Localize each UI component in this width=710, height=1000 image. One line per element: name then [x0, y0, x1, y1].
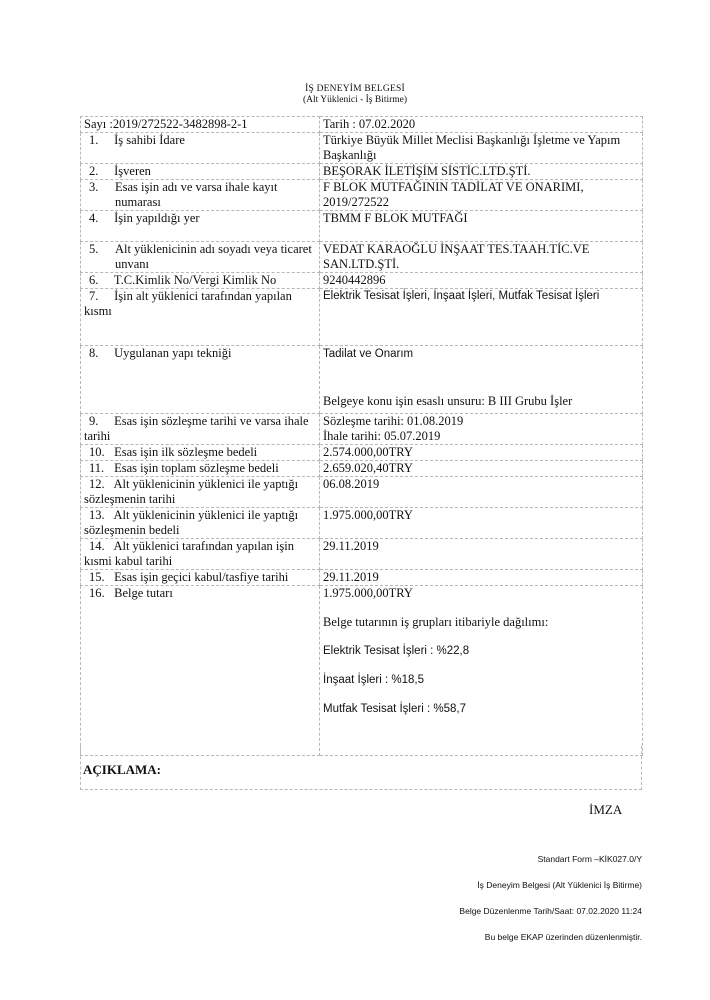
row-value: Türkiye Büyük Millet Meclisi Başkanlığı … [320, 133, 643, 164]
signature-label: İMZA [589, 802, 622, 818]
document-title: İŞ DENEYİM BELGESİ [0, 84, 710, 95]
table-row: 14. Alt yüklenici tarafından yapılan işi… [81, 539, 643, 570]
experience-certificate-table: Sayı :2019/272522-3482898-2-1 Tarih : 07… [80, 116, 643, 756]
distribution-item: Mutfak Tesisat İşleri : %58,7 [323, 702, 639, 717]
table-row: 16. Belge tutarı 1.975.000,00TRY Belge t… [81, 586, 643, 756]
row-label: Esas işin adı ve varsa ihale kayıt numar… [111, 180, 316, 210]
row-value: 1.975.000,00TRY [323, 586, 639, 601]
distribution-title: Belge tutarının iş grupları itibariyle d… [323, 615, 639, 630]
row-value: BEŞORAK İLETİŞİM SİSTİC.LTD.ŞTİ. [320, 164, 643, 180]
header-row: Sayı :2019/272522-3482898-2-1 Tarih : 07… [81, 117, 643, 133]
distribution-item: Elektrik Tesisat İşleri : %22,8 [323, 644, 639, 659]
tarih-cell: Tarih : 07.02.2020 [320, 117, 643, 133]
row-value-secondary: İhale tarihi: 05.07.2019 [323, 429, 639, 444]
table-row: 6. T.C.Kimlik No/Vergi Kimlik No 9240442… [81, 273, 643, 289]
table-row: 8. Uygulanan yapı tekniği Tadilat ve Ona… [81, 346, 643, 414]
row-value: Tadilat ve Onarım [323, 348, 413, 360]
table-row: 1. İş sahibi İdare Türkiye Büyük Millet … [81, 133, 643, 164]
row-label: Esas işin ilk sözleşme bedeli [114, 445, 257, 459]
table-row: 13. Alt yüklenicinin yüklenici ile yaptı… [81, 508, 643, 539]
sayi-cell: Sayı :2019/272522-3482898-2-1 [81, 117, 320, 133]
row-label: Esas işin sözleşme tarihi ve varsa ihale… [84, 414, 309, 443]
row-label: Alt yüklenicinin yüklenici ile yaptığı s… [84, 477, 298, 506]
row-label: Belge tutarı [114, 586, 173, 600]
table-row: 4. İşin yapıldığı yer TBMM F BLOK MUTFAĞ… [81, 211, 643, 242]
footer-document-name: İş Deneyim Belgesi (Alt Yüklenici İş Bit… [459, 872, 642, 898]
row-value: 29.11.2019 [320, 570, 643, 586]
footer-issued-datetime: Belge Düzenlenme Tarih/Saat: 07.02.2020 … [459, 898, 642, 924]
row-label: Esas işin geçici kabul/tasfiye tarihi [114, 570, 288, 584]
row-value: 29.11.2019 [320, 539, 643, 570]
row-value-secondary: Belgeye konu işin esaslı unsuru: B III G… [323, 394, 639, 409]
row-value: 9240442896 [320, 273, 643, 289]
document-title-block: İŞ DENEYİM BELGESİ (Alt Yüklenici - İş B… [0, 84, 710, 106]
row-label: İşin yapıldığı yer [114, 211, 199, 225]
table-row: 2. İşveren BEŞORAK İLETİŞİM SİSTİC.LTD.Ş… [81, 164, 643, 180]
aciklama-box: AÇIKLAMA: [80, 746, 642, 790]
table-row: 11. Esas işin toplam sözleşme bedeli 2.6… [81, 461, 643, 477]
table-row: 7. İşin alt yüklenici tarafından yapılan… [81, 289, 643, 346]
row-label: Esas işin toplam sözleşme bedeli [114, 461, 279, 475]
row-label: Alt yüklenicinin adı soyadı veya ticaret… [111, 242, 316, 272]
footer-form-code: Standart Form –KİK027.0/Y [459, 846, 642, 872]
table-row: 5.Alt yüklenicinin adı soyadı veya ticar… [81, 242, 643, 273]
row-label: İş sahibi İdare [114, 133, 185, 147]
table-row: 9. Esas işin sözleşme tarihi ve varsa ih… [81, 414, 643, 445]
table-row: 12. Alt yüklenicinin yüklenici ile yaptı… [81, 477, 643, 508]
document-subtitle: (Alt Yüklenici - İş Bitirme) [0, 95, 710, 106]
row-value: TBMM F BLOK MUTFAĞI [320, 211, 643, 242]
row-label: İşin alt yüklenici tarafından yapılan kı… [84, 289, 292, 318]
row-value: F BLOK MUTFAĞININ TADİLAT VE ONARIMI, 20… [320, 180, 643, 211]
row-label: İşveren [114, 164, 151, 178]
aciklama-label: AÇIKLAMA: [83, 762, 161, 778]
row-label: T.C.Kimlik No/Vergi Kimlik No [114, 273, 276, 287]
row-value: Elektrik Tesisat İşleri, İnşaat İşleri, … [320, 289, 643, 346]
table-row: 3.Esas işin adı ve varsa ihale kayıt num… [81, 180, 643, 211]
footer-ekap-note: Bu belge EKAP üzerinden düzenlenmiştir. [459, 924, 642, 950]
row-label: Alt yüklenici tarafından yapılan işin kı… [84, 539, 294, 568]
row-value: VEDAT KARAOĞLU İNŞAAT TES.TAAH.TİC.VE SA… [320, 242, 643, 273]
row-label: Uygulanan yapı tekniği [114, 346, 231, 360]
table-row: 10. Esas işin ilk sözleşme bedeli 2.574.… [81, 445, 643, 461]
distribution-item: İnşaat İşleri : %18,5 [323, 673, 639, 688]
row-value: 2.659.020,40TRY [320, 461, 643, 477]
footer: Standart Form –KİK027.0/Y İş Deneyim Bel… [459, 846, 642, 950]
row-value: Sözleşme tarihi: 01.08.2019 [323, 414, 639, 429]
row-value: 1.975.000,00TRY [320, 508, 643, 539]
row-value: 2.574.000,00TRY [320, 445, 643, 461]
row-label: Alt yüklenicinin yüklenici ile yaptığı s… [84, 508, 298, 537]
row-value: 06.08.2019 [320, 477, 643, 508]
table-row: 15. Esas işin geçici kabul/tasfiye tarih… [81, 570, 643, 586]
